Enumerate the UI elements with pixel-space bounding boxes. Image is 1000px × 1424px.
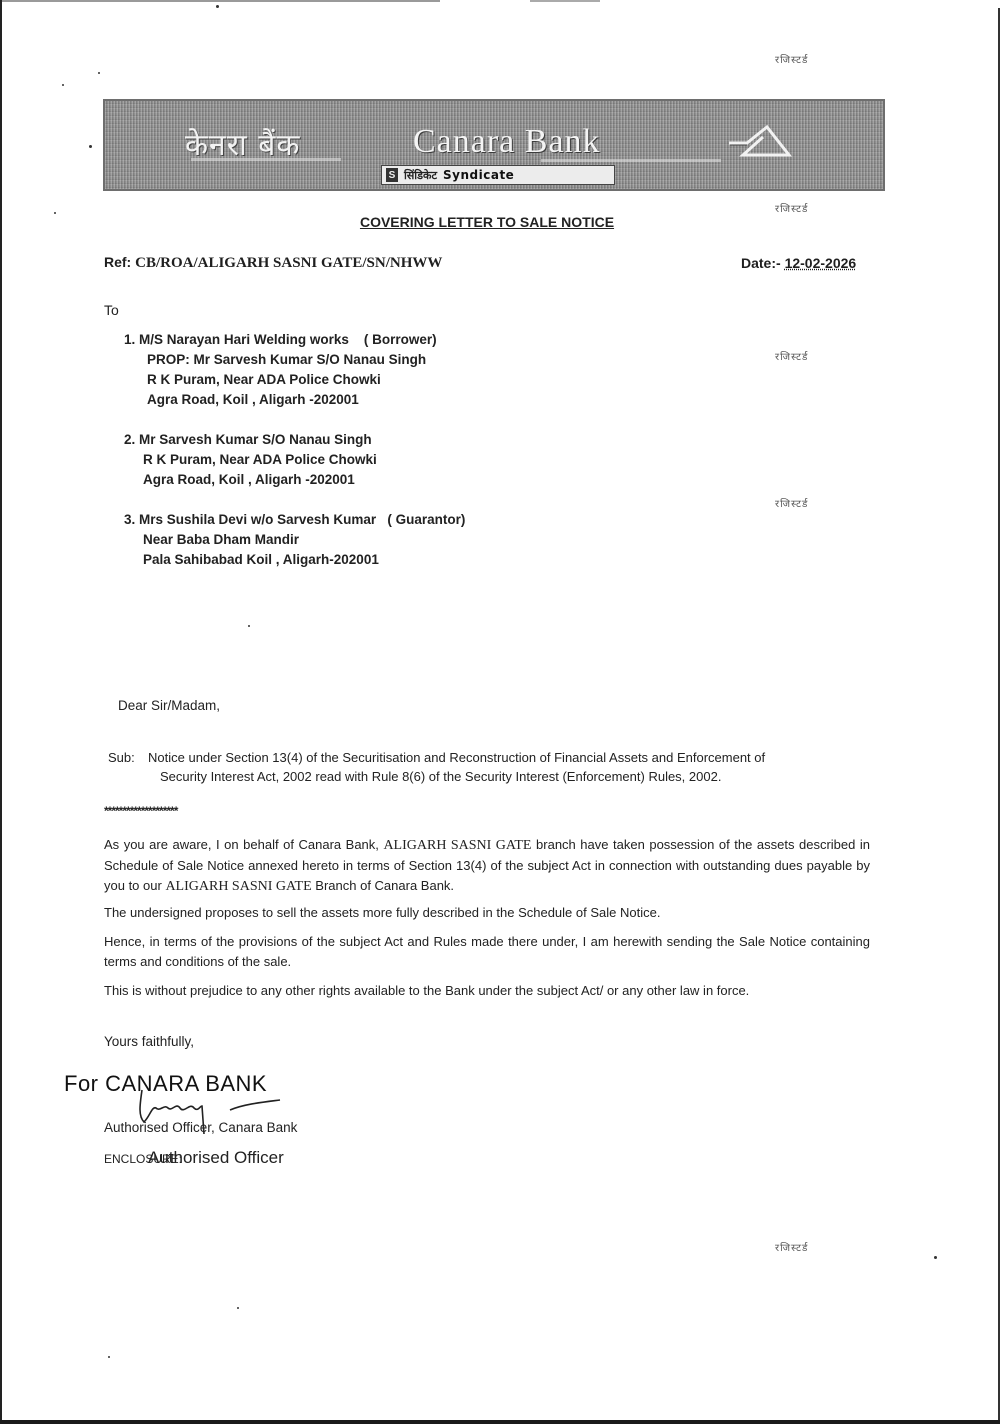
ref-value: CB/ROA/ALIGARH SASNI GATE/SN/NHWW: [135, 255, 442, 271]
syndicate-name-english: Syndicate: [443, 168, 514, 182]
recipient-line: Agra Road, Koil , Aligarh -202001: [124, 470, 465, 490]
margin-stamp: रजिस्टर्ड: [775, 201, 808, 215]
recipient-line: 1. M/S Narayan Hari Welding works ( Borr…: [124, 330, 465, 350]
scan-speck: [934, 1256, 937, 1259]
scan-speck: [98, 72, 100, 74]
syndicate-logo-icon: S: [386, 168, 398, 182]
recipient-proprietor: 2. Mr Sarvesh Kumar S/O Nanau Singh R K …: [124, 430, 465, 490]
scan-speck: [108, 1356, 110, 1358]
canara-triangle-logo-icon: [727, 123, 793, 163]
paragraph-possession: As you are aware, I on behalf of Canara …: [104, 835, 870, 897]
scan-speck: [216, 5, 219, 8]
recipient-line: Agra Road, Koil , Aligarh -202001: [124, 390, 465, 410]
subject-label: Sub:: [108, 748, 135, 767]
margin-stamp: रजिस्टर्ड: [775, 496, 808, 510]
scan-edge-bottom: [0, 1420, 1000, 1424]
syndicate-name-hindi: सिंडिकेट: [404, 168, 437, 183]
bank-letterhead-banner: केनरा बैंक Canara Bank S सिंडिकेट Syndic…: [103, 99, 885, 191]
ref-label: Ref:: [104, 254, 131, 270]
document-title: COVERING LETTER TO SALE NOTICE: [0, 214, 974, 230]
authorised-officer-stamp: Authorised Officer: [148, 1148, 284, 1168]
date-value: 12-02-2026: [785, 255, 857, 271]
subject-text: Notice under Section 13(4) of the Securi…: [148, 748, 878, 786]
recipient-line: 2. Mr Sarvesh Kumar S/O Nanau Singh: [124, 430, 465, 450]
branch-name: ALIGARH SASNI GATE: [165, 879, 311, 894]
paragraph-sale-notice: Hence, in terms of the provisions of the…: [104, 932, 870, 972]
subject-line-1: Notice under Section 13(4) of the Securi…: [148, 750, 765, 765]
recipient-line: 3. Mrs Sushila Devi w/o Sarvesh Kumar ( …: [124, 510, 465, 530]
separator: ********************: [104, 804, 177, 818]
branch-name: ALIGARH SASNI GATE: [383, 838, 531, 853]
scan-edge-top: [0, 0, 440, 2]
reference-line: Ref: CB/ROA/ALIGARH SASNI GATE/SN/NHWW: [104, 254, 442, 272]
recipient-guarantor: 3. Mrs Sushila Devi w/o Sarvesh Kumar ( …: [124, 510, 465, 570]
recipient-line: Pala Sahibabad Koil , Aligarh-202001: [124, 550, 465, 570]
officer-designation: Authorised Officer, Canara Bank: [104, 1120, 297, 1135]
subject-line-2: Security Interest Act, 2002 read with Ru…: [148, 767, 878, 786]
margin-stamp: रजिस्टर्ड: [775, 1240, 808, 1254]
scan-speck: [237, 1307, 239, 1309]
scan-speck: [248, 625, 250, 627]
scan-speck: [62, 84, 64, 86]
bank-name-english: Canara Bank: [413, 123, 601, 161]
paragraph-proposal: The undersigned proposes to sell the ass…: [104, 903, 870, 923]
recipient-list: 1. M/S Narayan Hari Welding works ( Borr…: [124, 330, 465, 590]
banner-tagline-english: [541, 159, 721, 162]
date-line: Date:- 12-02-2026: [741, 255, 856, 271]
paragraph-without-prejudice: This is without prejudice to any other r…: [104, 981, 870, 1001]
banner-tagline-hindi: [191, 158, 341, 161]
recipient-line: PROP: Mr Sarvesh Kumar S/O Nanau Singh: [124, 350, 465, 370]
margin-stamp: रजिस्टर्ड: [775, 349, 808, 363]
recipient-borrower: 1. M/S Narayan Hari Welding works ( Borr…: [124, 330, 465, 410]
recipient-line: R K Puram, Near ADA Police Chowki: [124, 450, 465, 470]
margin-stamp: रजिस्टर्ड: [775, 52, 808, 66]
syndicate-badge: S सिंडिकेट Syndicate: [381, 165, 615, 185]
date-label: Date:-: [741, 255, 781, 271]
recipient-line: R K Puram, Near ADA Police Chowki: [124, 370, 465, 390]
scan-speck: [89, 145, 92, 148]
to-label: To: [104, 302, 119, 318]
scan-edge-top-fragment: [530, 0, 600, 2]
salutation: Dear Sir/Madam,: [118, 698, 220, 713]
closing: Yours faithfully,: [104, 1034, 194, 1049]
recipient-line: Near Baba Dham Mandir: [124, 530, 465, 550]
